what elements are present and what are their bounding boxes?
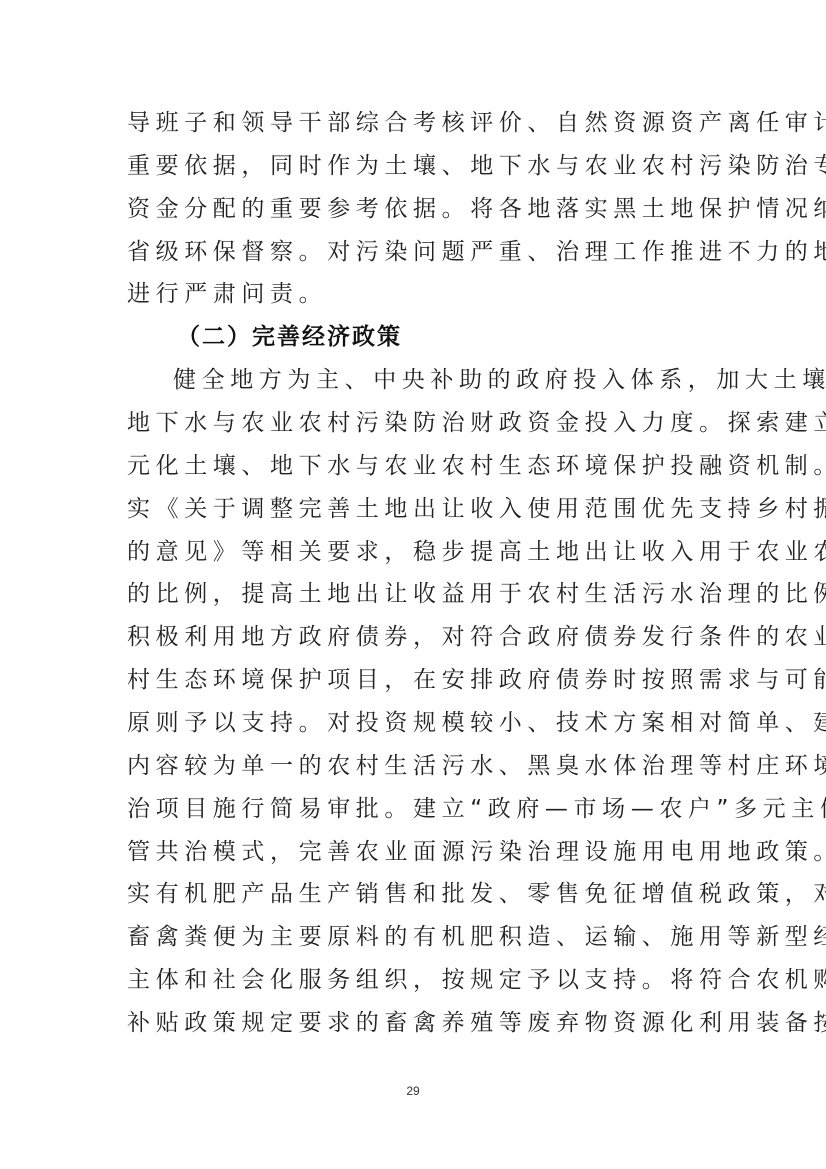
paragraph-line: 重要依据，同时作为土壤、地下水与农业农村污染防治专项 xyxy=(127,145,707,188)
document-body: 导班子和领导干部综合考核评价、自然资源资产离任审计的 重要依据，同时作为土壤、地… xyxy=(127,102,707,1045)
paragraph-line: 管共治模式，完善农业面源污染治理设施用电用地政策。落 xyxy=(127,831,707,874)
paragraph-line: 主体和社会化服务组织，按规定予以支持。将符合农机购置 xyxy=(127,959,707,1002)
paragraph-line: 的比例，提高土地出让收益用于农村生活污水治理的比例。 xyxy=(127,573,707,616)
paragraph-line: 原则予以支持。对投资规模较小、技术方案相对简单、建设 xyxy=(127,702,707,745)
paragraph-line: 积极利用地方政府债券，对符合政府债券发行条件的农业农 xyxy=(127,616,707,659)
paragraph-line: 的意见》等相关要求，稳步提高土地出让收入用于农业农村 xyxy=(127,531,707,574)
paragraph-line: 实有机肥产品生产销售和批发、零售免征增值税政策，对以 xyxy=(127,873,707,916)
paragraph-line: 健全地方为主、中央补助的政府投入体系，加大土壤、 xyxy=(127,359,707,402)
paragraph-line: 资金分配的重要参考依据。将各地落实黑土地保护情况纳入 xyxy=(127,188,707,231)
document-page: 导班子和领导干部综合考核评价、自然资源资产离任审计的 重要依据，同时作为土壤、地… xyxy=(0,0,826,1169)
paragraph-line: 元化土壤、地下水与农业农村生态环境保护投融资机制。落 xyxy=(127,445,707,488)
paragraph-line: 实《关于调整完善土地出让收入使用范围优先支持乡村振兴 xyxy=(127,488,707,531)
page-number: 29 xyxy=(0,1084,826,1098)
paragraph-line: 导班子和领导干部综合考核评价、自然资源资产离任审计的 xyxy=(127,102,707,145)
paragraph-line: 省级环保督察。对污染问题严重、治理工作推进不力的地区 xyxy=(127,231,707,274)
paragraph-line: 村生态环境保护项目，在安排政府债券时按照需求与可能的 xyxy=(127,659,707,702)
section-heading: （二）完善经济政策 xyxy=(127,316,707,359)
paragraph-line: 补贴政策规定要求的畜禽养殖等废弃物资源化利用装备按 xyxy=(127,1002,707,1045)
paragraph-line: 进行严肃问责。 xyxy=(127,273,707,316)
paragraph-line: 内容较为单一的农村生活污水、黑臭水体治理等村庄环境整 xyxy=(127,745,707,788)
paragraph-line: 畜禽粪便为主要原料的有机肥积造、运输、施用等新型经营 xyxy=(127,916,707,959)
paragraph-line: 地下水与农业农村污染防治财政资金投入力度。探索建立多 xyxy=(127,402,707,445)
paragraph-line: 治项目施行简易审批。建立“政府—市场—农户”多元主体共 xyxy=(127,788,707,831)
